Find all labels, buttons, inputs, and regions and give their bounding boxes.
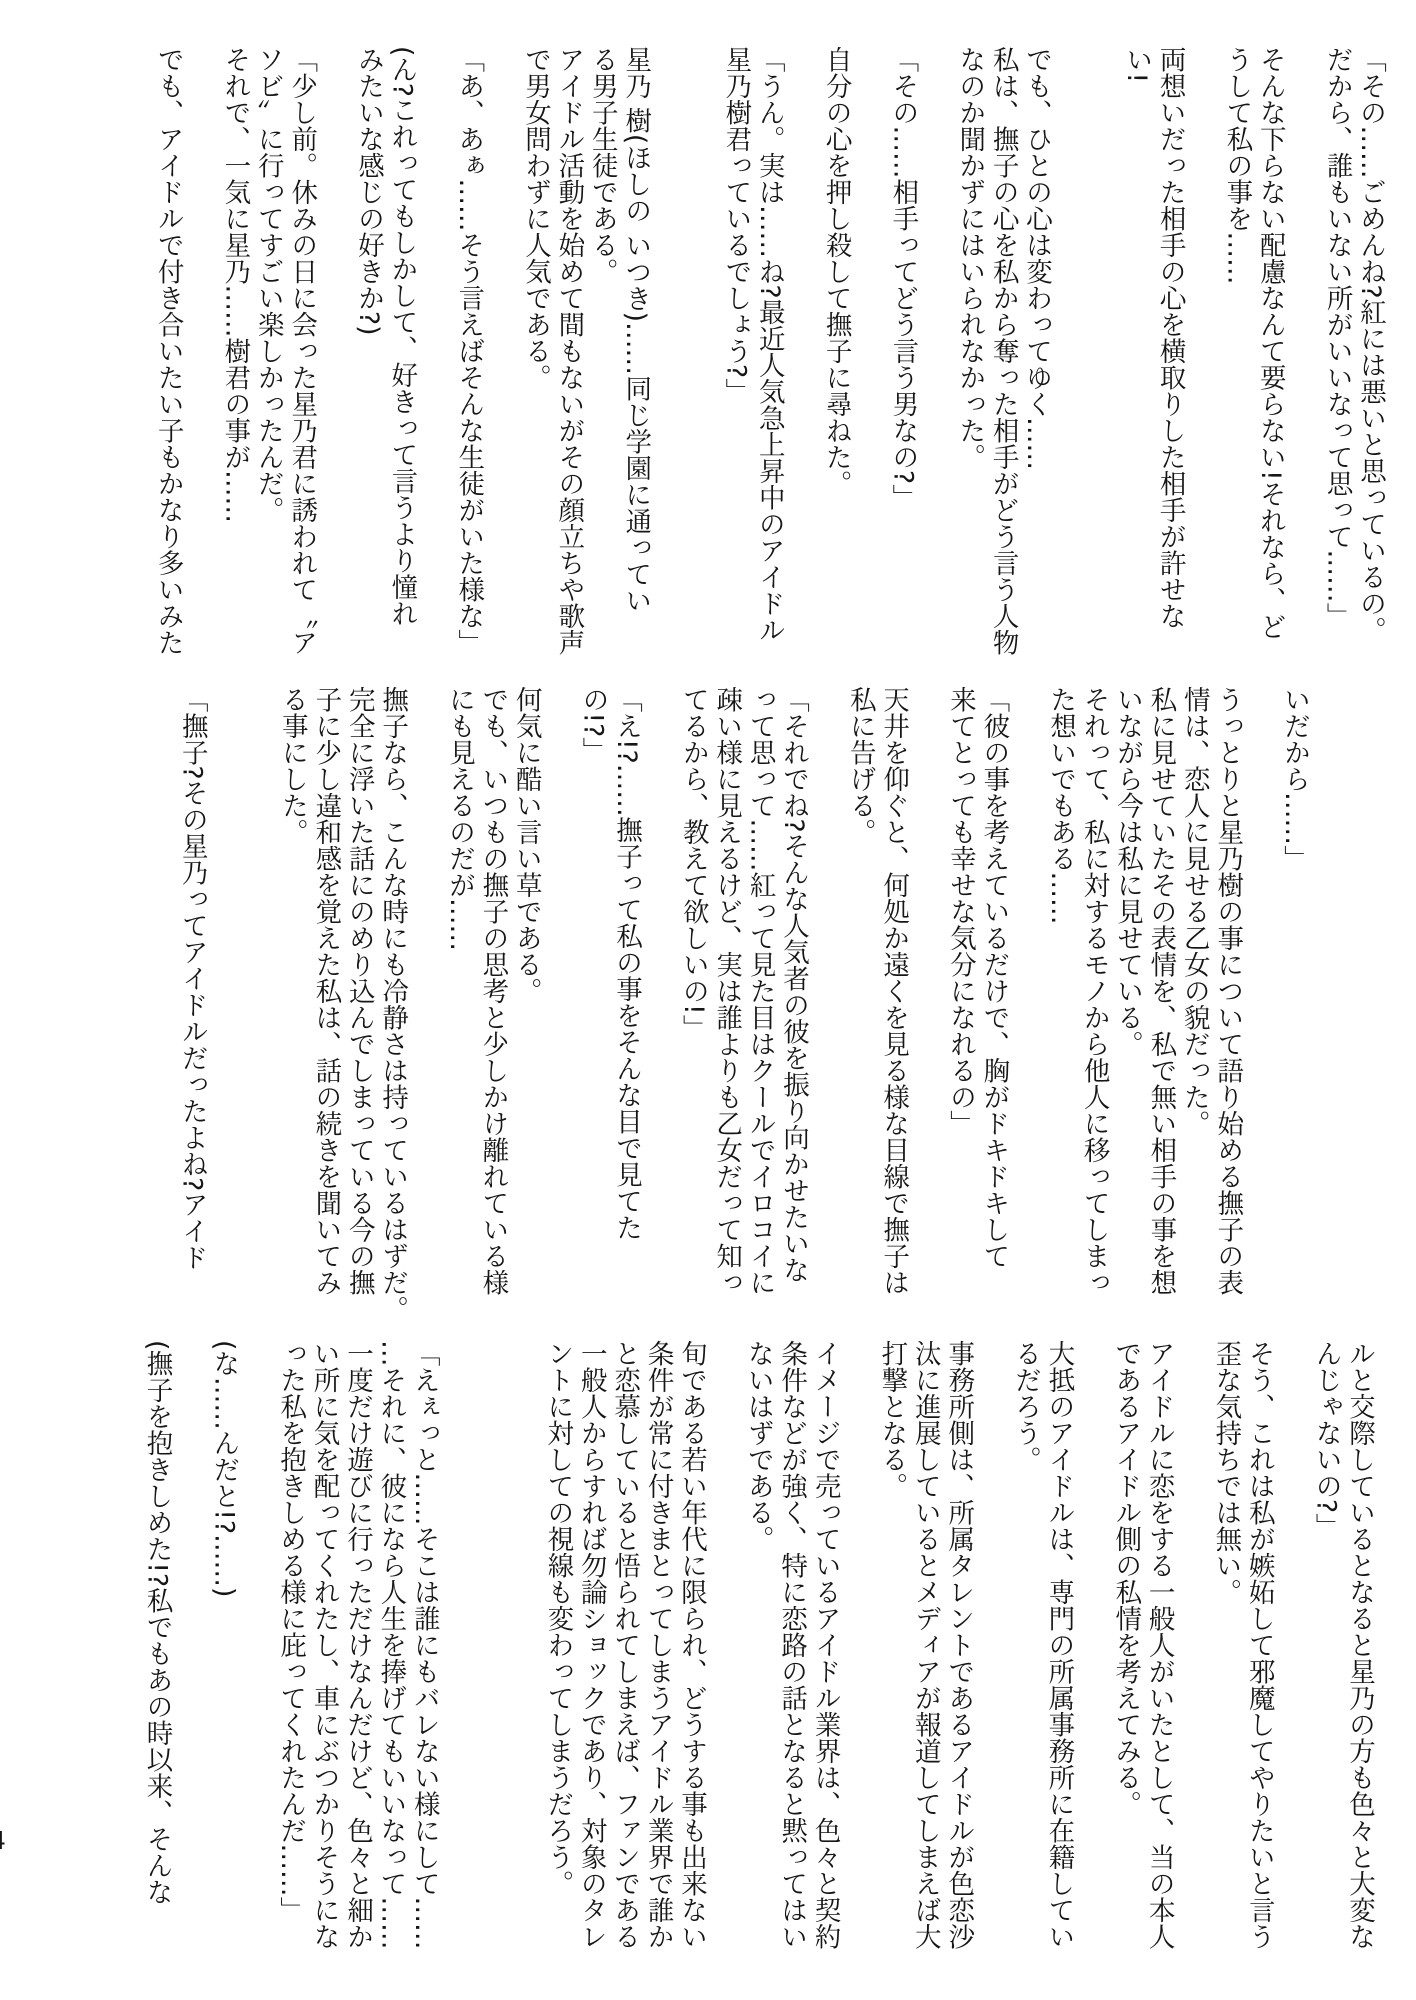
text-column: でも、アイドルで付き合いたい子もかなり多いみた	[151, 46, 184, 708]
blank-column	[686, 46, 719, 708]
text-column: 大抵のアイドルは、専門の所属事務所に在籍してい	[1042, 1340, 1075, 1998]
text-column: た想いでもある……	[1044, 686, 1077, 1348]
blank-column	[1176, 1340, 1209, 1998]
text-column: 「少し前。休みの日に会った星乃君に誘われて〝ア	[285, 46, 318, 708]
text-column: 両想いだった相手の心を横取りした相手が許せな	[1153, 46, 1186, 708]
blank-column	[1010, 686, 1043, 1348]
text-column: だから、誰もいない所がいいなって思って……」	[1320, 46, 1353, 708]
text-column: それって、私に対するモノから他人に移ってしまっ	[1077, 686, 1110, 1348]
text-column: ルと交際しているとなると星乃の方も色々と大変な	[1343, 1340, 1376, 1998]
text-column: でも、いつもの撫子の思考と少しかけ離れている様	[476, 686, 509, 1348]
blank-column	[919, 46, 952, 708]
text-column: 条件などが強く、特に恋路の話となると黙ってはい	[775, 1340, 808, 1998]
text-column: イメージで売っているアイドル業界は、色々と契約	[808, 1340, 841, 1998]
text-column: 自分の心を押し殺して撫子に尋ねた。	[819, 46, 852, 708]
text-column: で男女問わずに人気である。	[519, 46, 552, 708]
blank-column	[185, 46, 218, 708]
text-column: 歪な気持ちでは無い。	[1209, 1340, 1242, 1998]
text-column: そんな下らない配慮なんて要らない!それなら、ど	[1253, 46, 1286, 708]
text-column: なのか聞かずにはいられなかった。	[953, 46, 986, 708]
blank-column	[786, 46, 819, 708]
text-column: 汰に進展しているとメディアが報道してしまえば大	[908, 1340, 941, 1998]
text-column: の!?」	[576, 686, 609, 1348]
text-column: 私に告げる。	[843, 686, 876, 1348]
text-column: んじゃないの?」	[1309, 1340, 1342, 1998]
text-column: 「それでね?そんな人気者の彼を振り向かせたいな	[777, 686, 810, 1348]
text-column: 旬である若い年代に限られ、どうする事も出来ない	[675, 1340, 708, 1998]
blank-column	[1187, 46, 1220, 708]
blank-column	[318, 46, 351, 708]
blank-column	[174, 1340, 207, 1998]
text-column: いながら今は私に見せている。	[1111, 686, 1144, 1348]
blank-column	[1276, 1340, 1309, 1998]
text-column: 星乃樹君っているでしょう?」	[719, 46, 752, 708]
blank-column	[853, 46, 886, 708]
blank-column	[485, 46, 518, 708]
text-column: いだから……」	[1278, 686, 1311, 1348]
text-band-bottom: ルと交際しているとなると星乃の方も色々と大変なんじゃないの?」そう、これは私が嫉…	[140, 1340, 1376, 1998]
text-column: みたいな感じの好きか?)	[352, 46, 385, 708]
blank-column	[409, 686, 442, 1348]
text-column: そう、これは私が嫉妬して邪魔してやりたいと言う	[1242, 1340, 1275, 1998]
text-column: うっとりと星乃樹の事について語り始める撫子の表	[1211, 686, 1244, 1348]
text-column: 来てとっても幸せな気分になれるの」	[944, 686, 977, 1348]
text-column: 「彼の事を考えているだけで、胸がドキドキして	[977, 686, 1010, 1348]
text-column: 事務所側は、所属タレントであるアイドルが色恋沙	[942, 1340, 975, 1998]
text-band-top: 「その……ごめんね?紅には悪いと思っているの。だから、誰もいない所がいいなって思…	[151, 46, 1387, 708]
page-number: 4	[0, 1826, 6, 1855]
blank-column	[441, 1340, 474, 1998]
text-column: る事にした。	[276, 686, 309, 1348]
blank-column	[543, 686, 576, 1348]
blank-column	[242, 686, 275, 1348]
text-column: った私を抱きしめる様に庇ってくれたんだ……」	[274, 1340, 307, 1998]
text-column: にも見えるのだが……	[443, 686, 476, 1348]
text-column: (撫子を抱きしめた!?私でもあの時以来、そんな	[140, 1340, 173, 1998]
text-column: 「撫子?その星乃ってアイドルだったよね?アイド	[175, 686, 208, 1348]
text-column: 撫子なら、こんな時にも冷静さは持っているはずだ。	[376, 686, 409, 1348]
text-column: であるアイドル側の私情を考えてみる。	[1109, 1340, 1142, 1998]
text-column: てるから、教えて欲しいの!」	[676, 686, 709, 1348]
text-column: それで、一気に星乃……樹君の事が……	[218, 46, 251, 708]
text-column: (な……んだと!?……)	[207, 1340, 240, 1998]
text-column: 子に少し違和感を覚えた私は、話の続きを聞いてみ	[309, 686, 342, 1348]
text-column: 天井を仰ぐと、何処か遠くを見る様な目線で撫子は	[877, 686, 910, 1348]
text-column: 「その……ごめんね?紅には悪いと思っているの。	[1354, 46, 1387, 708]
text-column: い!	[1120, 46, 1153, 708]
blank-column	[1287, 46, 1320, 708]
blank-column	[842, 1340, 875, 1998]
text-column: 「え!?……撫子って私の事をそんな目で見てた	[610, 686, 643, 1348]
text-column: ソビ〟に行ってすごい楽しかったんだ。	[251, 46, 284, 708]
text-column: うして私の事を……	[1220, 46, 1253, 708]
blank-column	[240, 1340, 273, 1998]
blank-column	[708, 1340, 741, 1998]
blank-column	[1075, 1340, 1108, 1998]
text-column: 何気に酷い言い草である。	[509, 686, 542, 1348]
blank-column	[418, 46, 451, 708]
text-band-middle: いだから……」うっとりと星乃樹の事について語り始める撫子の表情は、恋人に見せる乙…	[175, 686, 1311, 1348]
text-column: 疎い様に見えるけど、実は誰よりも乙女だって知っ	[710, 686, 743, 1348]
text-column: い所に気を配ってくれたし、車にぶつかりそうにな	[307, 1340, 340, 1998]
text-column: 「うん。実は……ね?最近人気急上昇中のアイドル	[752, 46, 785, 708]
text-column: るだろう。	[1009, 1340, 1042, 1998]
text-column: 情は、恋人に見せる乙女の貌だった。	[1177, 686, 1210, 1348]
text-column: 「えぇっと……そこは誰にもバレない様にして……	[407, 1340, 440, 1998]
text-column: …それに、彼になら人生を捧げてもいいなって……	[374, 1340, 407, 1998]
text-column: アイドルに恋をする一般人がいたとして、当の本人	[1142, 1340, 1175, 1998]
novel-page: 「その……ごめんね?紅には悪いと思っているの。だから、誰もいない所がいいなって思…	[0, 0, 1416, 2000]
text-column: 私は、撫子の心を私から奪った相手がどう言う人物	[986, 46, 1019, 708]
text-column: (ん?これってもしかして、好きって言うより憧れ	[385, 46, 418, 708]
text-column: る男子生徒である。	[585, 46, 618, 708]
blank-column	[643, 686, 676, 1348]
text-column: ントに対しての視線も変わってしまうだろう。	[541, 1340, 574, 1998]
blank-column	[474, 1340, 507, 1998]
text-column: アイドル活動を始めて間もないがその顔立ちや歌声	[552, 46, 585, 708]
blank-column	[209, 686, 242, 1348]
text-column: 条件が常に付きまとってしまうアイドル業界で誰か	[641, 1340, 674, 1998]
blank-column	[508, 1340, 541, 1998]
blank-column	[810, 686, 843, 1348]
text-column: 一度だけ遊びに行っただけなんだけど、色々と細か	[341, 1340, 374, 1998]
blank-column	[910, 686, 943, 1348]
blank-column	[652, 46, 685, 708]
text-column: ないはずである。	[741, 1340, 774, 1998]
text-column: 完全に浮いた話にのめり込んでしまっている今の撫	[342, 686, 375, 1348]
blank-column	[975, 1340, 1008, 1998]
text-column: 私に見せていたその表情を、私で無い相手の事を想	[1144, 686, 1177, 1348]
text-column: って思って……紅って見た目はクールでイロコイに	[743, 686, 776, 1348]
text-column: 「あ、あぁ……そう言えばそんな生徒がいた様な」	[452, 46, 485, 708]
blank-column	[1086, 46, 1119, 708]
text-column: と恋慕していると悟られてしまえば、ファンである	[608, 1340, 641, 1998]
blank-column	[1053, 46, 1086, 708]
text-column: でも、ひとの心は変わってゆく……	[1020, 46, 1053, 708]
text-column: 「その……相手ってどう言う男なの?」	[886, 46, 919, 708]
blank-column	[1244, 686, 1277, 1348]
text-column: 星乃 樹(ほしの いつき)……同じ学園に通ってい	[619, 46, 652, 708]
text-column: 打撃となる。	[875, 1340, 908, 1998]
text-column: 一般人からすれば勿論ショックであり、対象のタレ	[574, 1340, 607, 1998]
